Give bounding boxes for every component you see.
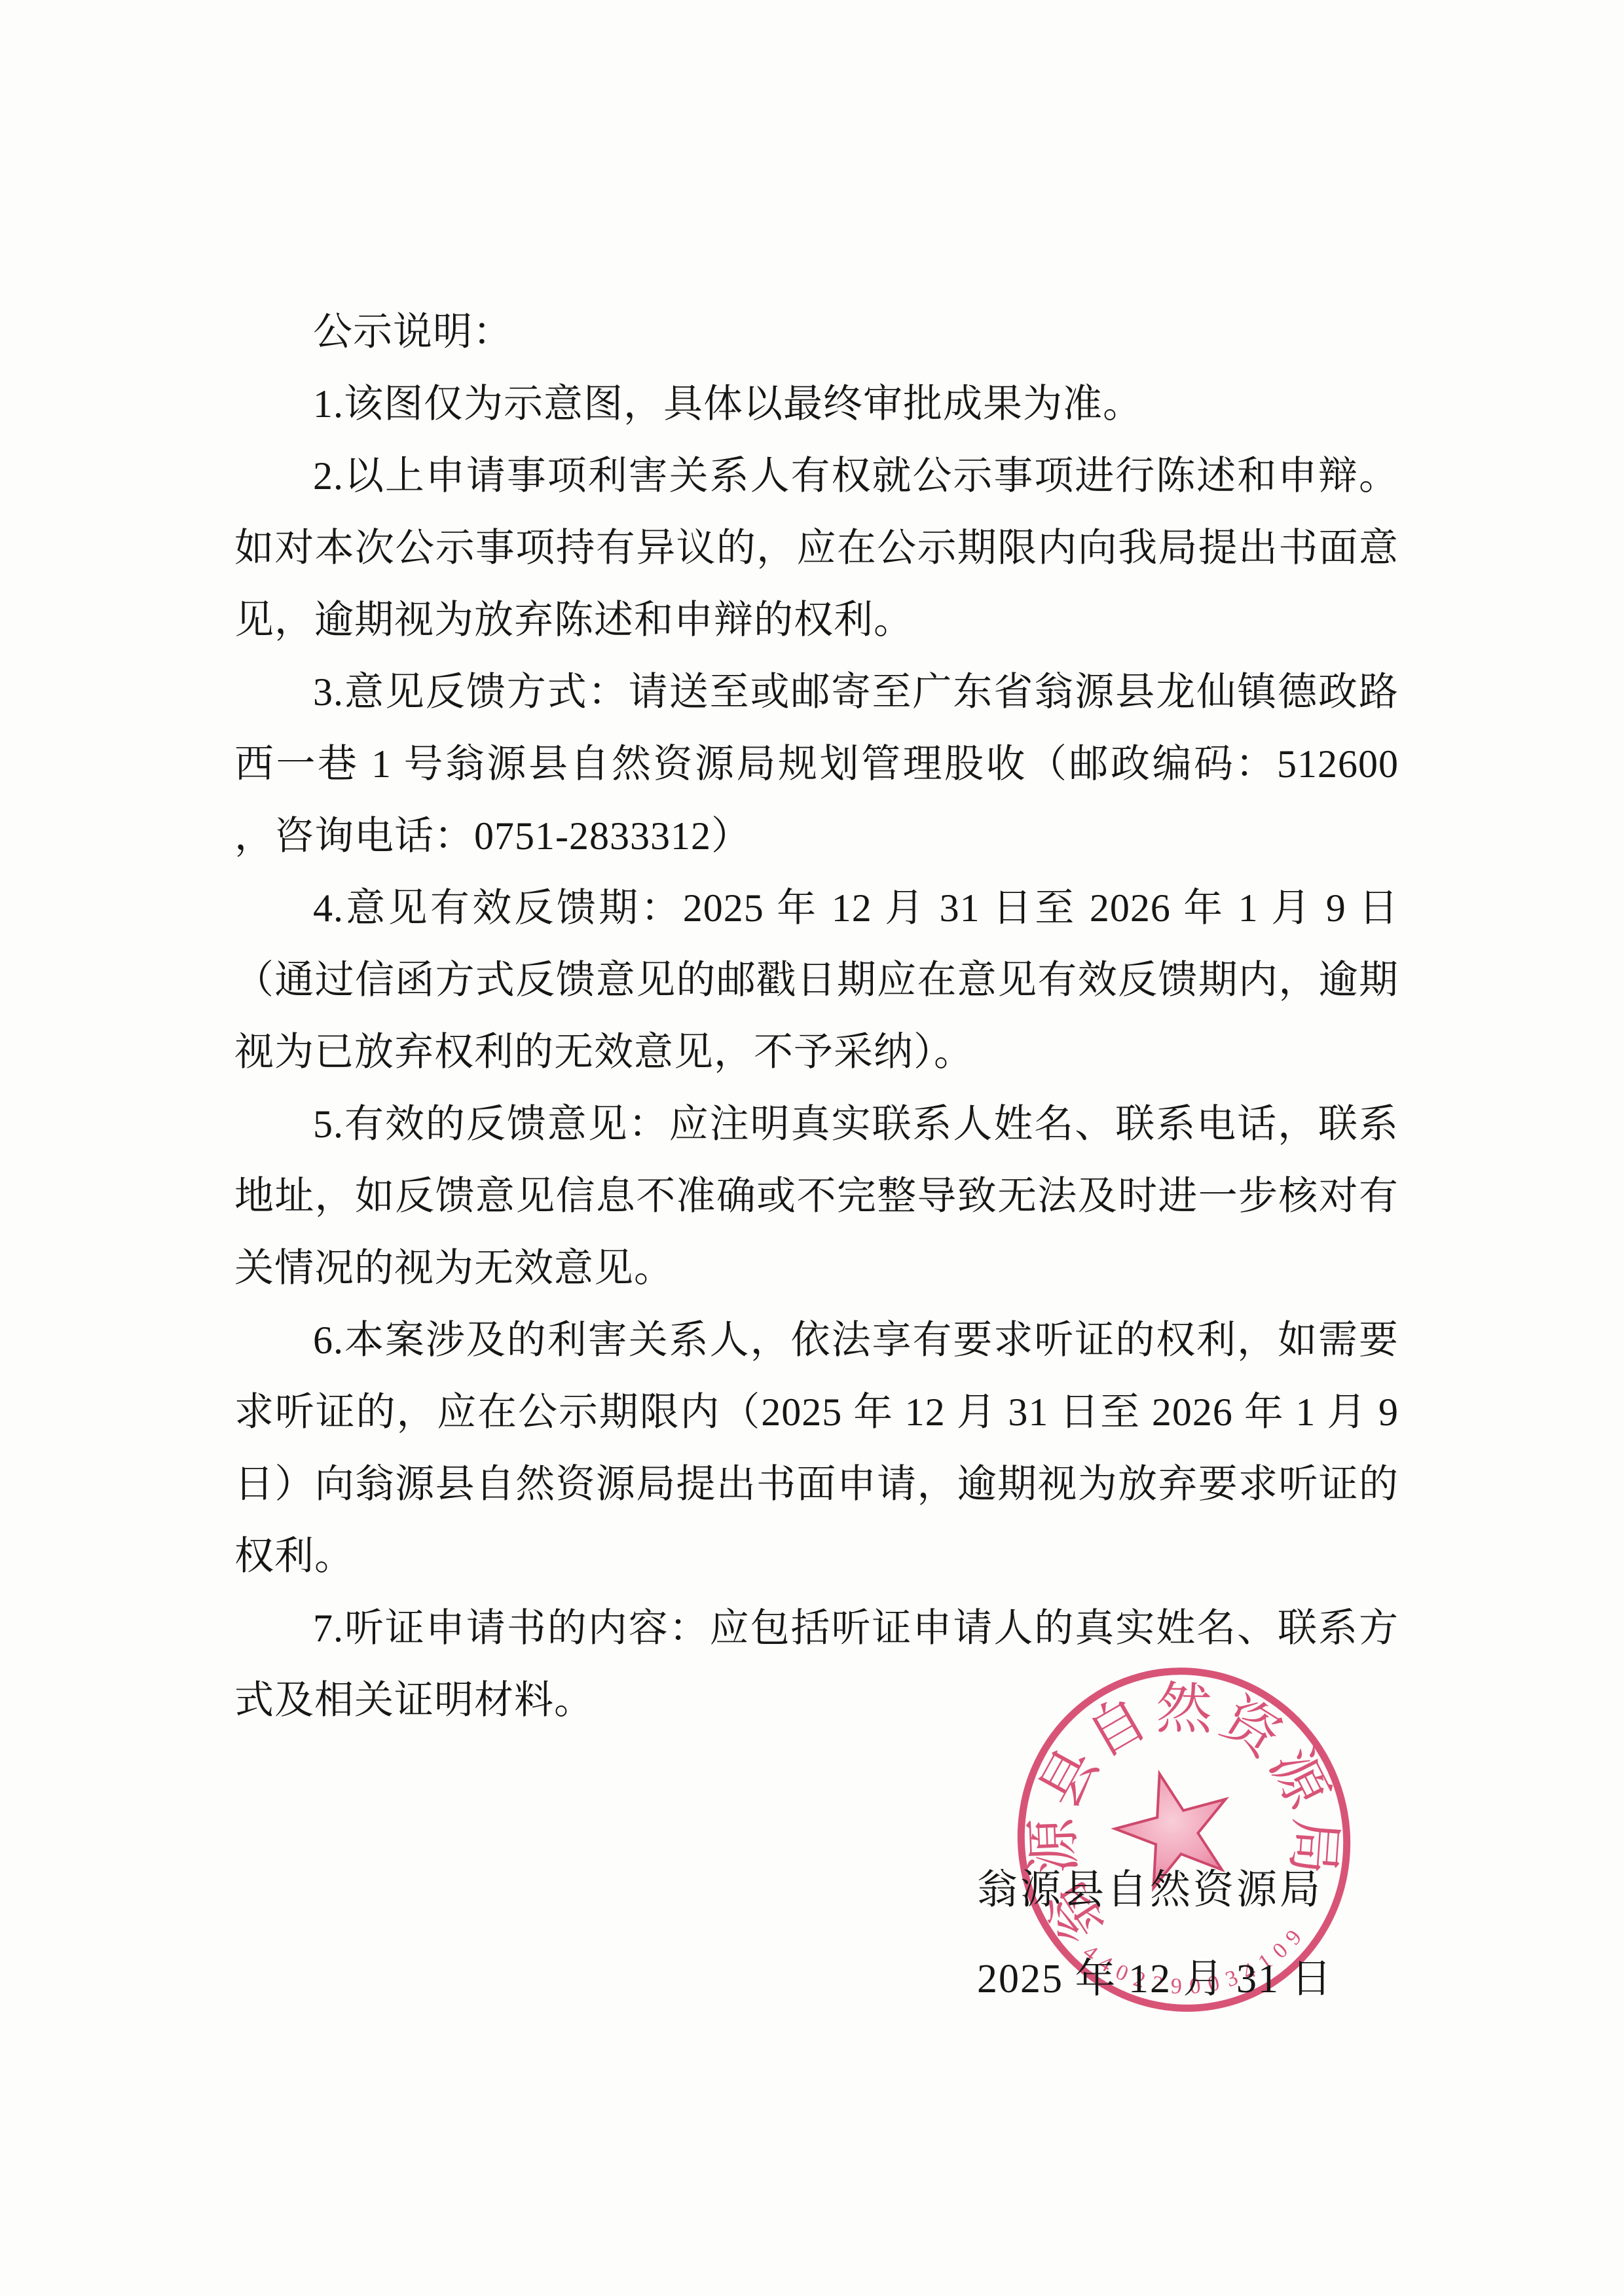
notice-paragraph-4: 4.意见有效反馈期：2025 年 12 月 31 日至 2026 年 1 月 9… [234, 872, 1399, 1088]
notice-paragraph-1: 1.该图仅为示意图，具体以最终审批成果为准。 [234, 368, 1399, 440]
document-page: 公示说明： 1.该图仅为示意图，具体以最终审批成果为准。 2.以上申请事项利害关… [0, 0, 1624, 2296]
seal-ring-text-container: 翁源县自然资源局 [1001, 1650, 1364, 1960]
notice-title: 公示说明： [234, 296, 1399, 368]
seal-ring-text: 翁源县自然资源局 [1001, 1650, 1364, 1960]
notice-paragraph-6: 6.本案涉及的利害关系人，依法享有要求听证的权利，如需要求听证的，应在公示期限内… [234, 1304, 1399, 1592]
notice-paragraph-3: 3.意见反馈方式：请送至或邮寄至广东省翁源县龙仙镇德政路西一巷 1 号翁源县自然… [234, 656, 1399, 872]
signature-date: 2025 年 12 月 31 日 [977, 1959, 1333, 1999]
notice-paragraph-5: 5.有效的反馈意见：应注明真实联系人姓名、联系电话，联系地址，如反馈意见信息不准… [234, 1088, 1399, 1304]
notice-paragraph-2: 2.以上申请事项利害关系人有权就公示事项进行陈述和申辩。如对本次公示事项持有异议… [234, 440, 1399, 656]
signature-org: 翁源县自然资源局 [977, 1870, 1323, 1910]
notice-body: 公示说明： 1.该图仅为示意图，具体以最终审批成果为准。 2.以上申请事项利害关… [234, 296, 1399, 1736]
